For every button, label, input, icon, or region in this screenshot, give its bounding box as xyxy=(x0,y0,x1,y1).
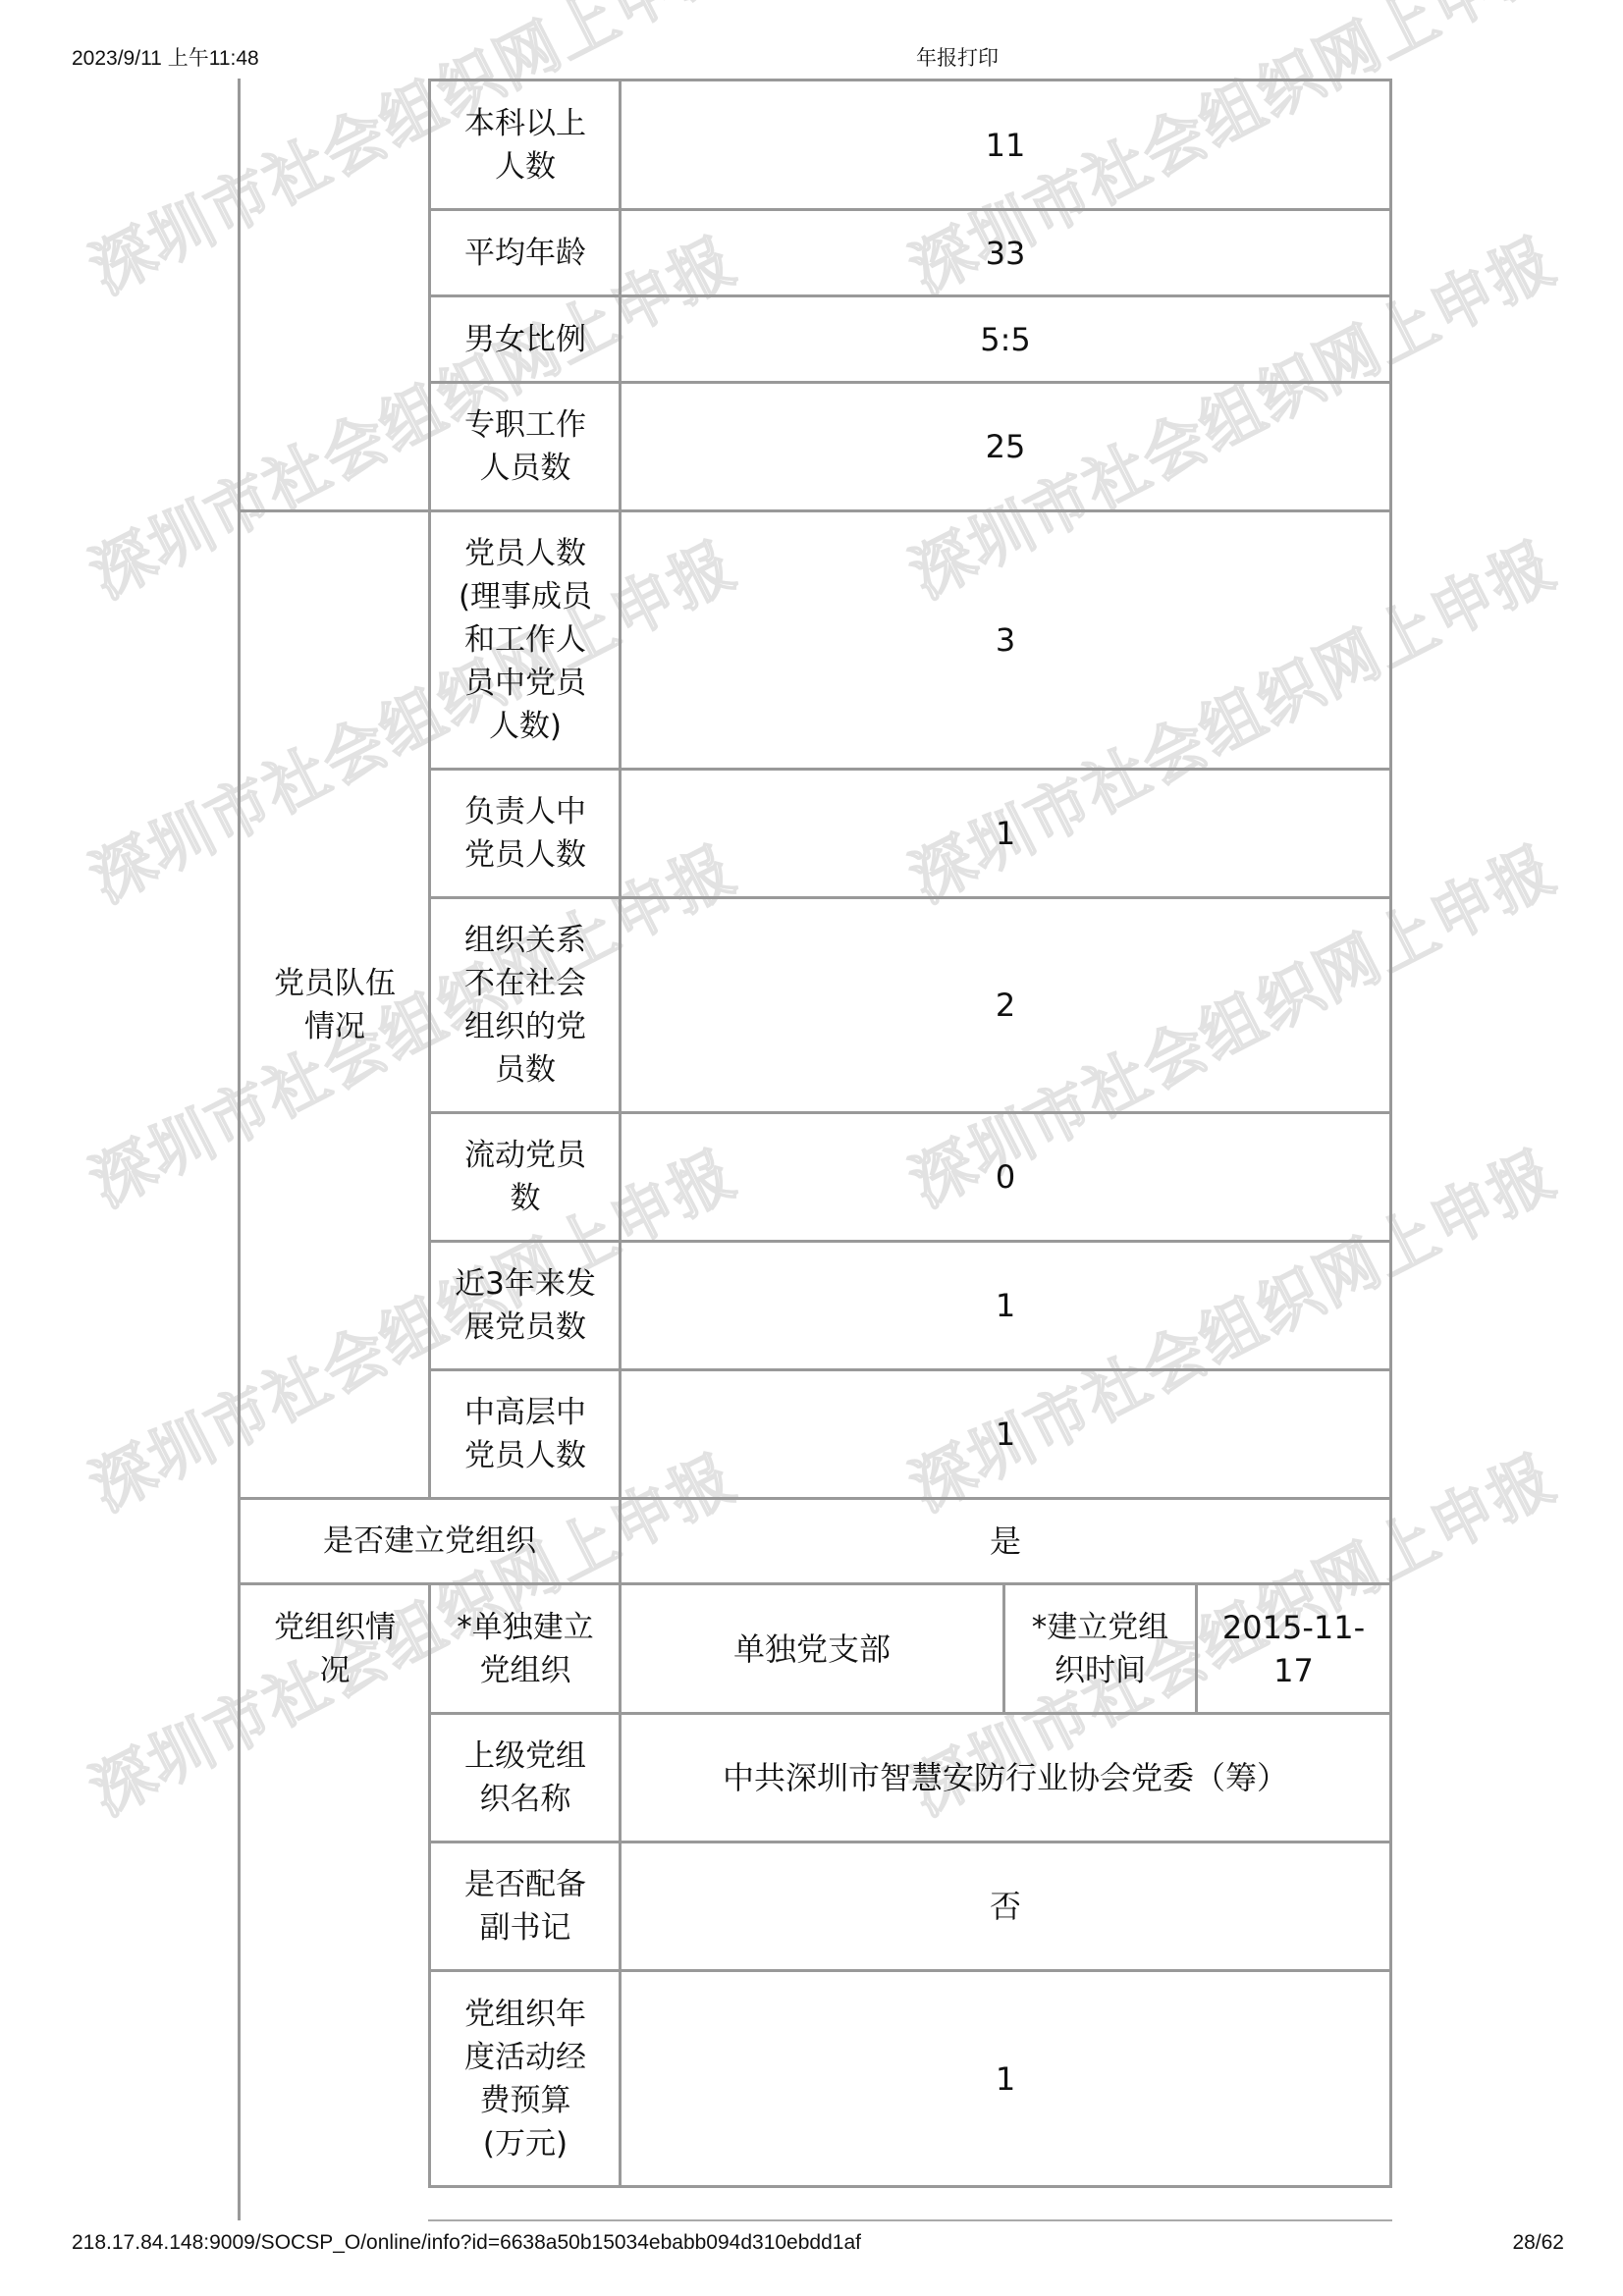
label-party-org-established: 是否建立党组织 xyxy=(241,1500,619,1582)
label-gender-ratio: 男女比例 xyxy=(431,297,620,381)
value-average-age: 33 xyxy=(622,211,1389,294)
label-superior-party-org: 上级党组织名称 xyxy=(431,1715,620,1841)
label-activity-budget: 党组织年 度活动经 费预算 (万元) xyxy=(431,1972,620,2185)
table-border-bottom xyxy=(428,2185,1392,2188)
value-leader-party-members: 1 xyxy=(622,771,1389,896)
label-floating-party-members: 流动党员数 xyxy=(431,1114,620,1240)
value-senior-party-members: 1 xyxy=(622,1371,1389,1497)
value-gender-ratio: 5:5 xyxy=(622,297,1389,381)
value-party-member-count: 3 xyxy=(622,512,1389,768)
label-party-org-established-time: *建立党组织时间 xyxy=(1005,1585,1195,1712)
section-party-members: 党员队伍情况 xyxy=(241,512,429,1497)
value-activity-budget: 1 xyxy=(622,1972,1389,2185)
label-single-party-org: *单独建立党组织 xyxy=(431,1585,620,1712)
value-single-party-org: 单独党支部 xyxy=(622,1585,1002,1712)
value-party-org-established-time: 2015-11-17 xyxy=(1198,1585,1389,1712)
label-fulltime-staff: 专职工作人员数 xyxy=(431,384,620,509)
section-party-org: 党组织情况 xyxy=(241,1585,429,1712)
label-senior-party-members: 中高层中党员人数 xyxy=(431,1371,620,1497)
page-title: 年报打印 xyxy=(0,42,1623,72)
label-average-age: 平均年龄 xyxy=(431,211,620,294)
value-external-party-members: 2 xyxy=(622,899,1389,1111)
table-border-right xyxy=(1389,79,1392,2188)
label-new-party-members-3yr: 近3年来发展党员数 xyxy=(431,1243,620,1368)
value-fulltime-staff: 25 xyxy=(622,384,1389,509)
page-divider xyxy=(428,2219,1392,2221)
label-external-party-members: 组织关系 不在社会 组织的党 员数 xyxy=(431,899,620,1111)
value-floating-party-members: 0 xyxy=(622,1114,1389,1240)
value-party-org-established: 是 xyxy=(622,1500,1389,1582)
value-deputy-secretary: 否 xyxy=(622,1843,1389,1969)
value-new-party-members-3yr: 1 xyxy=(622,1243,1389,1368)
footer-url: 218.17.84.148:9009/SOCSP_O/online/info?i… xyxy=(72,2231,861,2255)
label-bachelor-count: 本科以上人数 xyxy=(431,81,620,208)
value-superior-party-org: 中共深圳市智慧安防行业协会党委（筹） xyxy=(622,1715,1389,1841)
label-party-member-count: 党员人数 (理事成员 和工作人 员中党员 人数) xyxy=(431,512,620,768)
label-deputy-secretary: 是否配备副书记 xyxy=(431,1843,620,1969)
value-bachelor-count: 11 xyxy=(622,81,1389,208)
label-leader-party-members: 负责人中党员人数 xyxy=(431,771,620,896)
page-number: 28/62 xyxy=(1512,2231,1564,2255)
